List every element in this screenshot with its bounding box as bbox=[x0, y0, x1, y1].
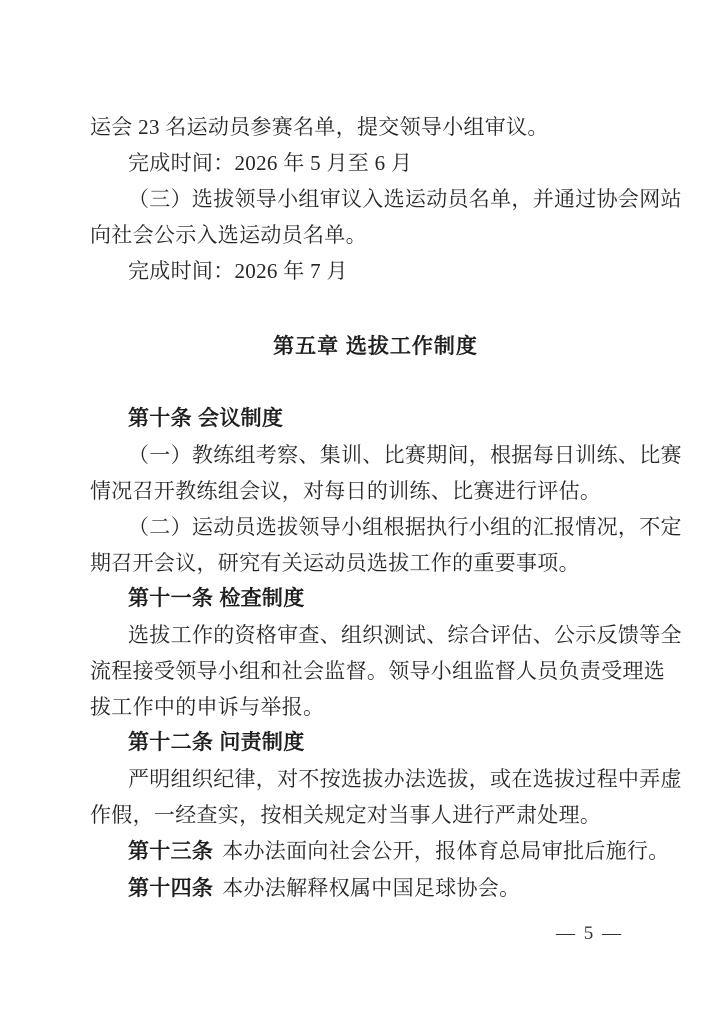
document-line: 完成时间：2026 年 7 月 bbox=[90, 253, 636, 289]
page-number: — 5 — bbox=[556, 922, 623, 946]
document-line: 选拔工作的资格审查、组织测试、综合评估、公示反馈等全 bbox=[90, 617, 636, 653]
article-number: 第十三条 bbox=[128, 840, 213, 863]
document-line: 严明组织纪律，对不按选拔办法选拔，或在选拔过程中弄虚 bbox=[90, 761, 636, 797]
article-line: 第十三条本办法面向社会公开，报体育总局审批后施行。 bbox=[90, 833, 636, 870]
article-text: 本办法解释权属中国足球协会。 bbox=[222, 876, 520, 900]
article-heading: 第十条 会议制度 bbox=[90, 401, 636, 437]
chapter-heading: 第五章 选拔工作制度 bbox=[115, 329, 636, 365]
document-page: 运会 23 名运动员参赛名单，提交领导小组审议。完成时间：2026 年 5 月至… bbox=[0, 0, 720, 1018]
document-line: （一）教练组考察、集训、比赛期间，根据每日训练、比赛 bbox=[90, 437, 636, 473]
document-line: 情况召开教练组会议，对每日的训练、比赛进行评估。 bbox=[90, 473, 636, 509]
article-heading: 第十一条 检查制度 bbox=[90, 581, 636, 617]
document-line: 运会 23 名运动员参赛名单，提交领导小组审议。 bbox=[90, 109, 636, 145]
article-text: 本办法面向社会公开，报体育总局审批后施行。 bbox=[222, 839, 669, 863]
article-heading: 第十二条 问责制度 bbox=[90, 725, 636, 761]
article-number: 第十四条 bbox=[128, 877, 213, 900]
document-line: 拔工作中的申诉与举报。 bbox=[90, 689, 636, 725]
document-line: 作假，一经查实，按相关规定对当事人进行严肃处理。 bbox=[90, 797, 636, 833]
document-content: 运会 23 名运动员参赛名单，提交领导小组审议。完成时间：2026 年 5 月至… bbox=[90, 109, 636, 907]
document-line: 流程接受领导小组和社会监督。领导小组监督人员负责受理选 bbox=[90, 653, 636, 689]
article-line: 第十四条本办法解释权属中国足球协会。 bbox=[90, 870, 636, 907]
document-line: 向社会公示入选运动员名单。 bbox=[90, 217, 636, 253]
document-line: 期召开会议，研究有关运动员选拔工作的重要事项。 bbox=[90, 545, 636, 581]
document-line: （三）选拔领导小组审议入选运动员名单，并通过协会网站 bbox=[90, 181, 636, 217]
document-line: 完成时间：2026 年 5 月至 6 月 bbox=[90, 145, 636, 181]
document-line: （二）运动员选拔领导小组根据执行小组的汇报情况，不定 bbox=[90, 509, 636, 545]
